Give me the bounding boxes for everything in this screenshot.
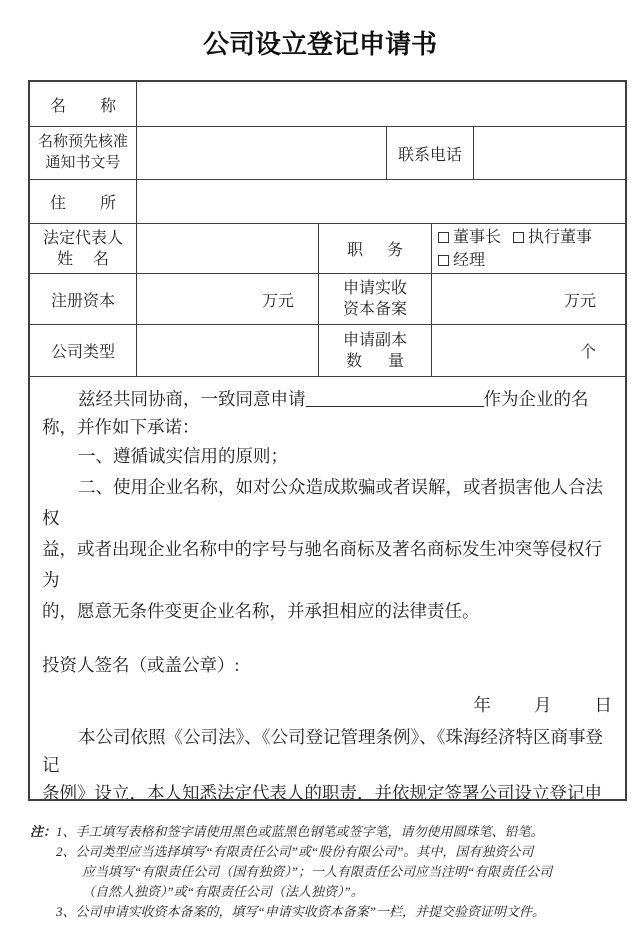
date-day-label: 日: [595, 691, 613, 719]
company-name-input-cell[interactable]: [137, 82, 625, 126]
notes-section: 注： 1、手工填写表格和签字请使用黑色或蓝黑色钢笔或签字笔，请勿使用圆珠笔、铅笔…: [30, 822, 632, 922]
declaration-section: 兹经共同协商，一致同意申请作为企业的名 称，并作如下承诺： 一、遵循诚实信用的原…: [30, 377, 625, 799]
paid-in-label-line1: 申请实收: [343, 278, 407, 299]
copies-input-cell[interactable]: 个: [432, 325, 625, 376]
position-options-line1: 董事长执行董事: [438, 226, 625, 249]
legal-rep-label-line1: 法定代表人: [43, 228, 123, 249]
note-3: 3、公司申请实收资本备案的，填写“申请实收资本备案”一栏，并提交验资证明文件。: [56, 902, 632, 922]
note-2-line2: 应当填写“有限责任公司（国有独资）”；一人有限责任公司应当注明“有限责任公司: [56, 862, 632, 882]
date-month-label: 月: [534, 691, 552, 719]
row-legal-representative: 法定代表人 姓名 职务 董事长执行董事 经理: [30, 224, 625, 274]
paid-in-unit: 万元: [564, 288, 596, 311]
law-statement-line1: 本公司依照《公司法》、《公司登记管理条例》、《珠海经济特区商事登记: [30, 723, 625, 779]
row-approval-number: 名称预先核准 通知书文号 联系电话: [30, 127, 625, 180]
company-name-label-cell: 名称: [30, 82, 137, 126]
option-manager[interactable]: 经理: [438, 252, 485, 269]
paid-in-label-line2: 资本备案: [343, 299, 407, 320]
checkbox-chairman-icon[interactable]: [438, 232, 449, 243]
company-name-blank[interactable]: [306, 389, 484, 407]
approval-number-label-line1: 名称预先核准: [38, 132, 128, 153]
company-type-label-cell: 公司类型: [30, 325, 137, 376]
row-company-name: 名称: [30, 82, 625, 127]
address-label: 住所: [50, 190, 116, 213]
company-type-input-cell[interactable]: [137, 325, 319, 376]
page-title: 公司设立登记申请书: [0, 24, 640, 61]
position-options-line2: 经理: [438, 249, 625, 272]
option-executive-director[interactable]: 执行董事: [513, 229, 592, 246]
notes-body: 1、手工填写表格和签字请使用黑色或蓝黑色钢笔或签字笔，请勿使用圆珠笔、铅笔。 2…: [56, 822, 632, 922]
copies-label-line1: 申请副本: [343, 330, 407, 351]
commitment-item2-line3: 的，愿意无条件变更企业名称，并承担相应的法律责任。: [30, 596, 625, 627]
law-statement-line2: 条例》设立，本人知悉法定代表人的职责，并依规定签署公司设立登记申请。: [30, 779, 625, 799]
phone-label-cell: 联系电话: [387, 127, 474, 179]
position-label-cell: 职务: [319, 224, 432, 273]
capital-unit: 万元: [262, 288, 294, 311]
copies-unit: 个: [580, 339, 596, 362]
note-1: 1、手工填写表格和签字请使用黑色或蓝黑色钢笔或签字笔，请勿使用圆珠笔、铅笔。: [56, 822, 632, 842]
option-chairman[interactable]: 董事长: [438, 229, 501, 246]
note-2-line3: （自然人独资）”或“有限责任公司（法人独资）”。: [56, 882, 632, 902]
position-label: 职务: [347, 237, 403, 260]
company-name-label: 名称: [50, 93, 116, 116]
address-label-cell: 住所: [30, 180, 137, 223]
paid-in-input-cell[interactable]: 万元: [432, 274, 625, 324]
declaration-line1: 兹经共同协商，一致同意申请作为企业的名: [30, 385, 625, 413]
form-table: 名称 名称预先核准 通知书文号 联系电话 住所 法定代表: [28, 80, 627, 801]
declaration-line2: 称，并作如下承诺：: [30, 413, 625, 441]
checkbox-manager-icon[interactable]: [438, 255, 449, 266]
commitment-item2-line2: 益，或者出现企业名称中的字号与驰名商标及著名商标发生冲突等侵权行为: [30, 534, 625, 596]
note-2-line1: 2、公司类型应当选择填写“有限责任公司”或“股份有限公司”。其中，国有独资公司: [56, 842, 632, 862]
phone-input-cell[interactable]: [474, 127, 625, 179]
row-address: 住所: [30, 180, 625, 224]
address-input-cell[interactable]: [137, 180, 625, 223]
notes-label: 注：: [30, 822, 56, 922]
row-company-type: 公司类型 申请副本 数量 个: [30, 325, 625, 377]
investor-signature-label: 投资人签名（或盖公章）:: [30, 651, 625, 679]
copies-label-cell: 申请副本 数量: [319, 325, 432, 376]
company-type-label: 公司类型: [51, 339, 115, 362]
capital-label: 注册资本: [51, 288, 115, 311]
capital-label-cell: 注册资本: [30, 274, 137, 324]
declaration-line1-suffix: 作为企业的名: [484, 389, 589, 409]
position-options-cell: 董事长执行董事 经理: [432, 224, 625, 273]
row-registered-capital: 注册资本 万元 申请实收 资本备案 万元: [30, 274, 625, 325]
checkbox-executive-director-icon[interactable]: [513, 232, 524, 243]
investor-signature-date: 年 月 日: [30, 691, 625, 719]
paid-in-label-cell: 申请实收 资本备案: [319, 274, 432, 324]
commitment-item2-line1: 二、使用企业名称，如对公众造成欺骗或者误解，或者损害他人合法权: [30, 472, 625, 534]
phone-label: 联系电话: [398, 142, 462, 165]
legal-rep-label-line2: 姓名: [57, 249, 109, 270]
date-year-label: 年: [474, 691, 492, 719]
approval-number-label-line2: 通知书文号: [45, 153, 120, 174]
legal-rep-input-cell[interactable]: [137, 224, 319, 273]
application-form-document: 公司设立登记申请书 名称 名称预先核准 通知书文号 联系电话 住所: [0, 0, 640, 951]
copies-label-line2: 数量: [346, 351, 404, 372]
approval-number-label-cell: 名称预先核准 通知书文号: [30, 127, 137, 179]
capital-input-cell[interactable]: 万元: [137, 274, 319, 324]
legal-rep-label-cell: 法定代表人 姓名: [30, 224, 137, 273]
approval-number-input-cell[interactable]: [137, 127, 387, 179]
commitment-item1: 一、遵循诚实信用的原则；: [30, 441, 625, 472]
declaration-line1-prefix: 兹经共同协商，一致同意申请: [78, 389, 306, 409]
